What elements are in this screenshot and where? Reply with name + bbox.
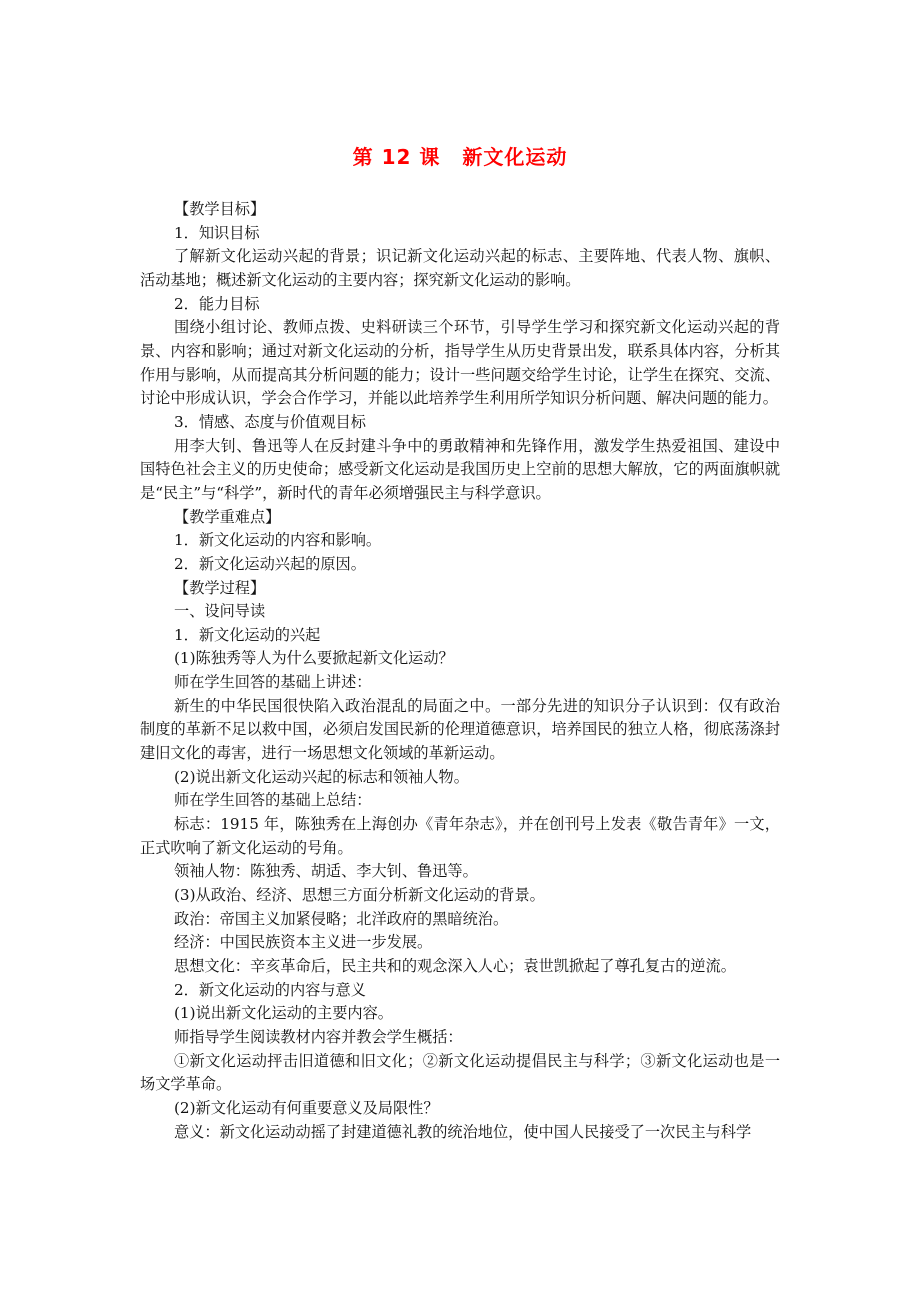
teacher-note-2: 师在学生回答的基础上总结： bbox=[140, 789, 780, 813]
section-heading-process: 【教学过程】 bbox=[140, 577, 780, 601]
teacher-note-1: 师在学生回答的基础上讲述： bbox=[140, 671, 780, 695]
answer-3-thought: 思想文化：辛亥革命后，民主共和的观念深入人心；袁世凯掀起了尊孔复古的逆流。 bbox=[140, 955, 780, 979]
key-point-1: 1．新文化运动的内容和影响。 bbox=[140, 529, 780, 553]
answer-significance: 意义：新文化运动动摇了封建道德礼教的统治地位，使中国人民接受了一次民主与科学 bbox=[140, 1121, 780, 1145]
answer-2-leaders: 领袖人物：陈独秀、胡适、李大钊、鲁迅等。 bbox=[140, 860, 780, 884]
lesson-number: 第 12 课 bbox=[353, 145, 441, 169]
lesson-name: 新文化运动 bbox=[462, 145, 567, 169]
document-page: 第 12 课新文化运动 【教学目标】 1．知识目标 了解新文化运动兴起的背景；识… bbox=[0, 0, 920, 1302]
lesson-title: 第 12 课新文化运动 bbox=[0, 142, 920, 172]
section-heading-objectives: 【教学目标】 bbox=[140, 198, 780, 222]
key-point-2: 2．新文化运动兴起的原因。 bbox=[140, 553, 780, 577]
teacher-note-3: 师指导学生阅读教材内容并教会学生概括： bbox=[140, 1026, 780, 1050]
question-3: (3)从政治、经济、思想三方面分析新文化运动的背景。 bbox=[140, 884, 780, 908]
question-content: (1)说出新文化运动的主要内容。 bbox=[140, 1002, 780, 1026]
paragraph-knowledge-goal: 了解新文化运动兴起的背景；识记新文化运动兴起的标志、主要阵地、代表人物、旗帜、活… bbox=[140, 245, 780, 292]
question-2: (2)说出新文化运动兴起的标志和领袖人物。 bbox=[140, 766, 780, 790]
subheading-values-goal: 3．情感、态度与价值观目标 bbox=[140, 411, 780, 435]
answer-3-politics: 政治：帝国主义加紧侵略；北洋政府的黑暗统治。 bbox=[140, 908, 780, 932]
answer-1: 新生的中华民国很快陷入政治混乱的局面之中。一部分先进的知识分子认识到：仅有政治制… bbox=[140, 695, 780, 766]
paragraph-values-goal: 用李大钊、鲁迅等人在反封建斗争中的勇敢精神和先锋作用，激发学生热爱祖国、建设中国… bbox=[140, 435, 780, 506]
question-significance: (2)新文化运动有何重要意义及局限性？ bbox=[140, 1097, 780, 1121]
subheading-knowledge-goal: 1．知识目标 bbox=[140, 222, 780, 246]
subheading-ability-goal: 2．能力目标 bbox=[140, 293, 780, 317]
question-1: (1)陈独秀等人为什么要掀起新文化运动？ bbox=[140, 647, 780, 671]
subheading-rise: 1．新文化运动的兴起 bbox=[140, 624, 780, 648]
subheading-content-significance: 2．新文化运动的内容与意义 bbox=[140, 979, 780, 1003]
section-heading-key-points: 【教学重难点】 bbox=[140, 506, 780, 530]
document-body: 【教学目标】 1．知识目标 了解新文化运动兴起的背景；识记新文化运动兴起的标志、… bbox=[140, 198, 780, 1144]
answer-3-economy: 经济：中国民族资本主义进一步发展。 bbox=[140, 931, 780, 955]
process-step-1-heading: 一、设问导读 bbox=[140, 600, 780, 624]
answer-2-marker: 标志：1915 年，陈独秀在上海创办《青年杂志》，并在创刊号上发表《敬告青年》一… bbox=[140, 813, 780, 860]
paragraph-ability-goal: 围绕小组讨论、教师点拨、史料研读三个环节，引导学生学习和探究新文化运动兴起的背景… bbox=[140, 316, 780, 411]
answer-content: ①新文化运动抨击旧道德和旧文化；②新文化运动提倡民主与科学；③新文化运动也是一场… bbox=[140, 1050, 780, 1097]
